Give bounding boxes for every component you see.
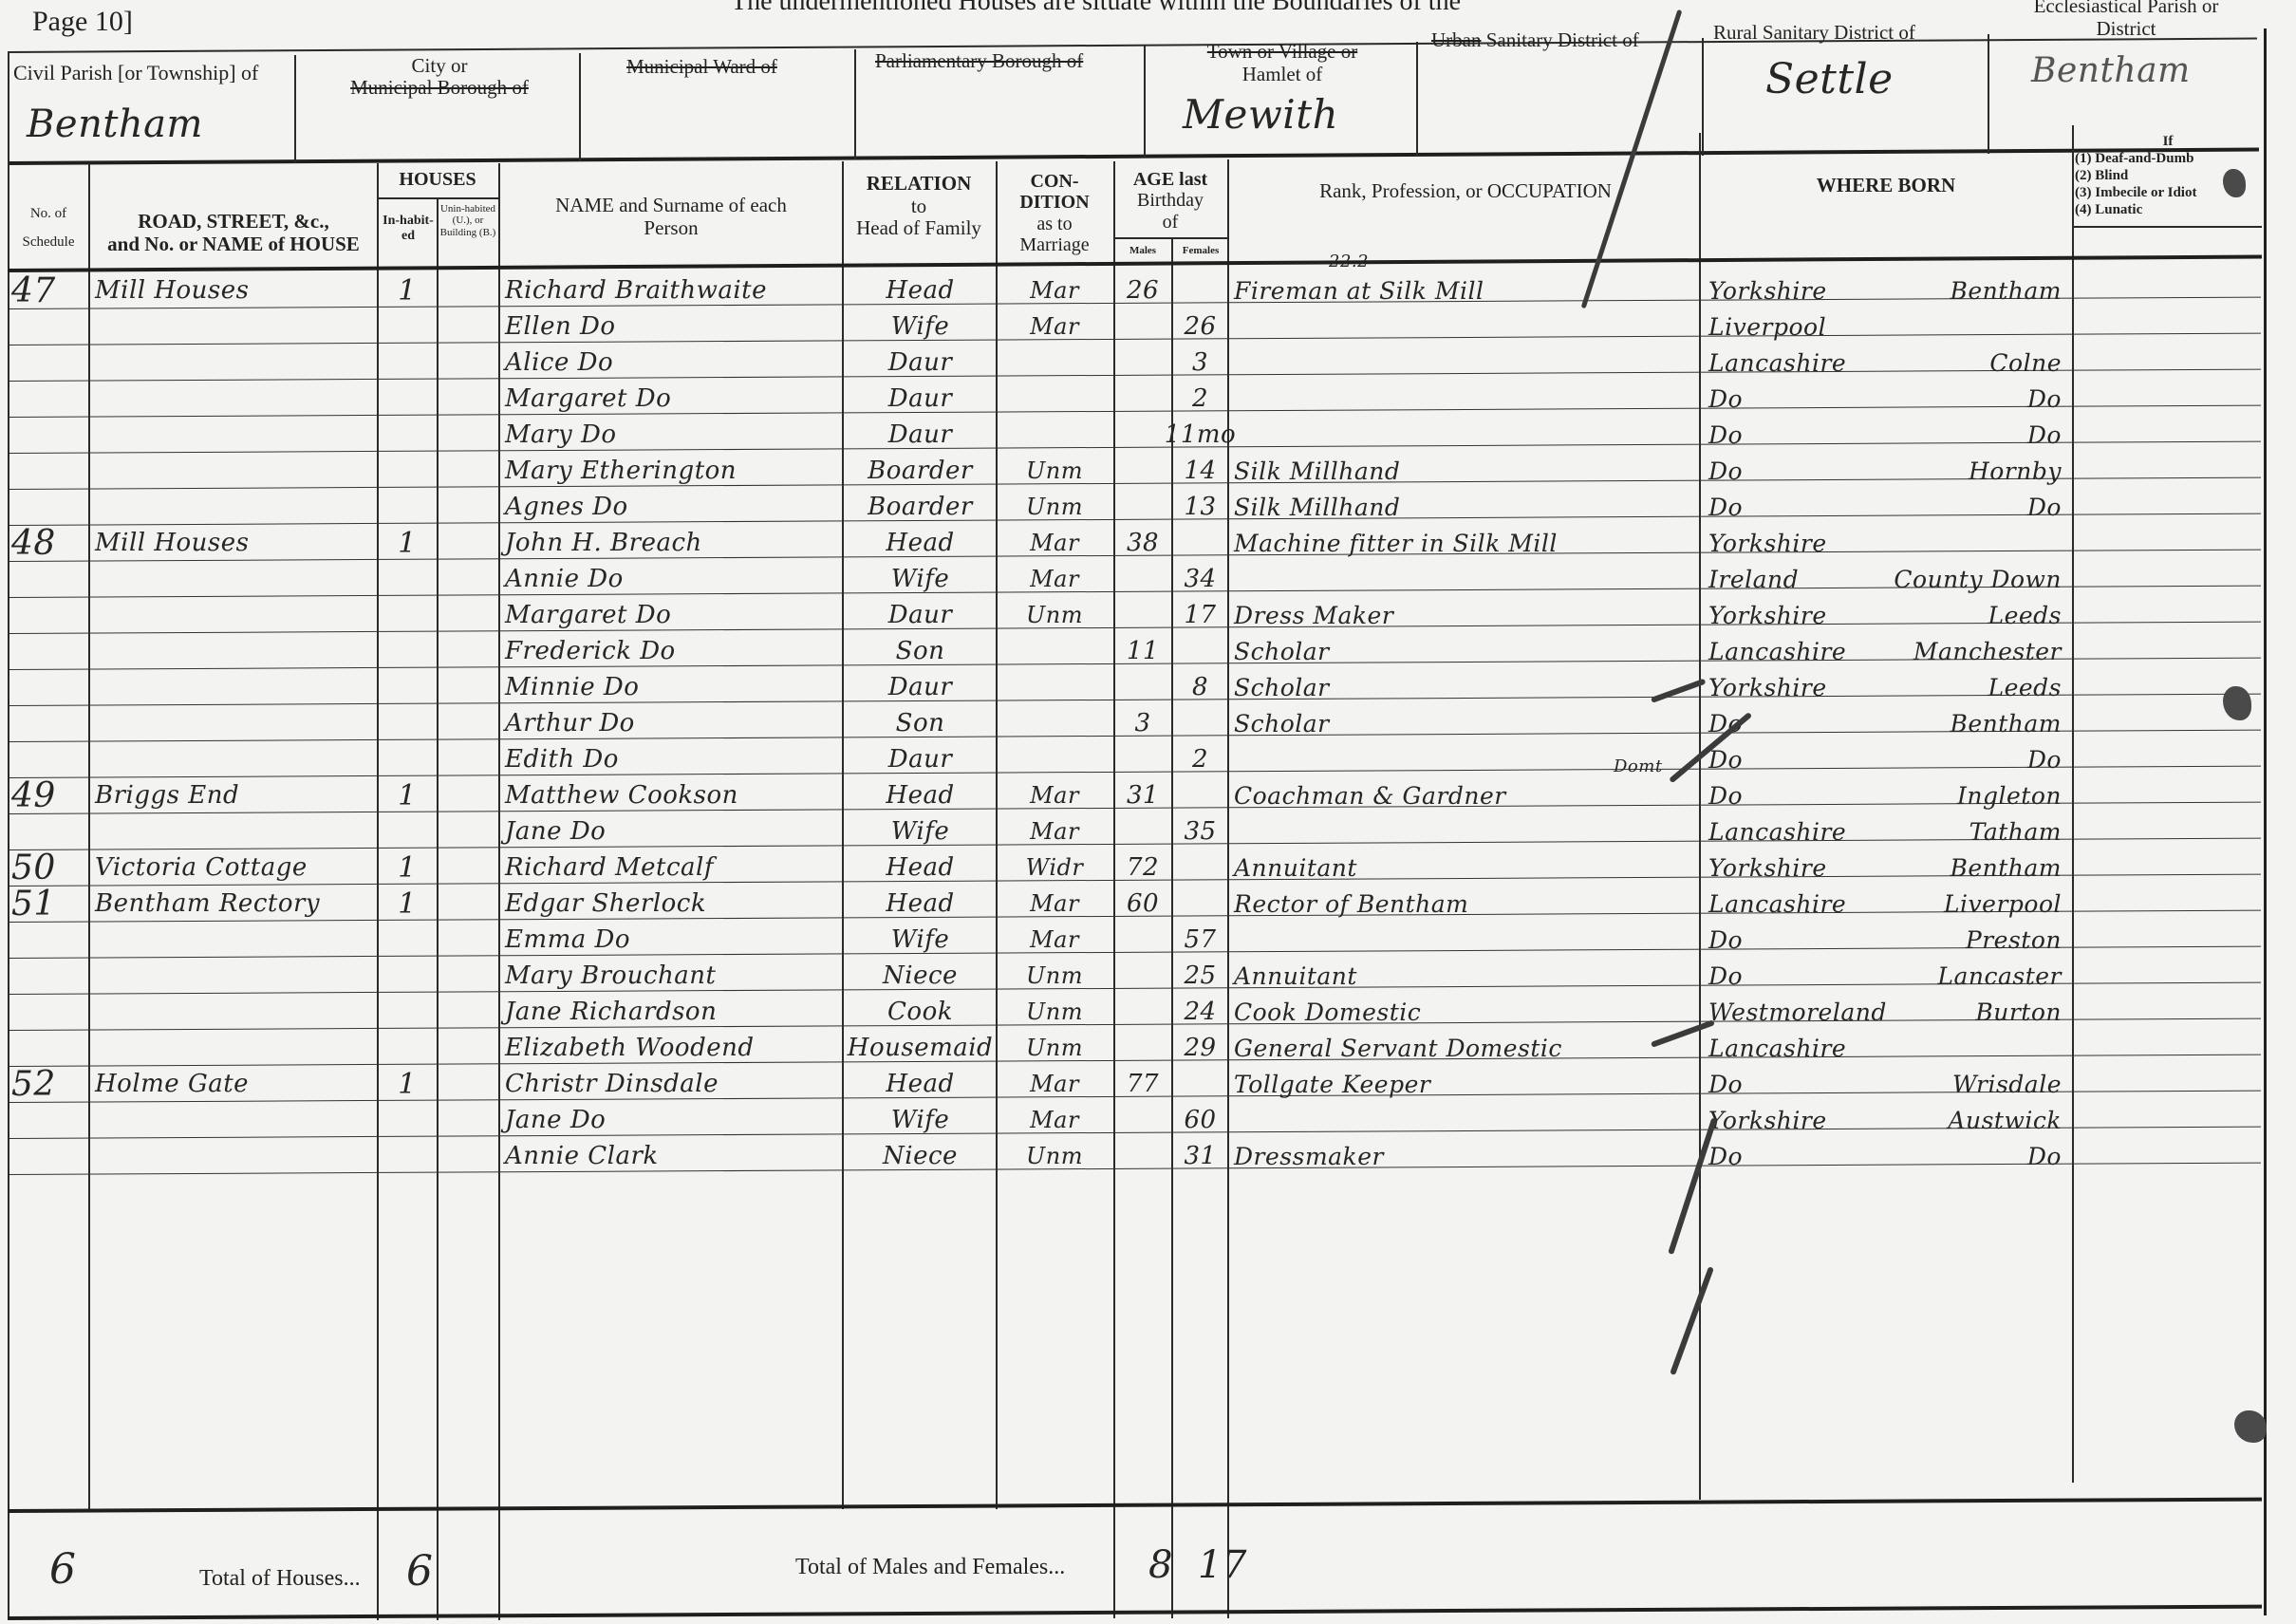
person-name: Minnie Do	[505, 669, 839, 705]
marital-condition: Unm	[999, 597, 1111, 633]
col-relation-line3: Head of Family	[843, 217, 995, 240]
where-born: Lancashire	[1708, 1030, 2069, 1066]
col-road-line2: and No. or NAME of HOUSE	[91, 233, 376, 256]
occupation	[1234, 308, 1697, 345]
where-born: DoDo	[1708, 1138, 2069, 1174]
person-name: Alice Do	[505, 345, 839, 381]
birth-county: Yorkshire	[1708, 277, 1827, 305]
total-males: 8	[1148, 1543, 1173, 1587]
houses-inhabited	[380, 381, 435, 417]
male-age	[1116, 308, 1169, 345]
female-age	[1174, 272, 1226, 308]
tally-stroke	[1670, 1266, 1714, 1375]
col-road: ROAD, STREET, &c., and No. or NAME of HO…	[91, 211, 376, 255]
person-name: Ellen Do	[505, 308, 839, 345]
urban-sanitary-rest: Sanitary District of	[1486, 28, 1639, 51]
houses-inhabited	[380, 958, 435, 994]
marital-condition	[999, 381, 1111, 417]
schedule-number	[11, 705, 87, 741]
col-schedule-line1: No. of	[9, 199, 87, 228]
tally-stroke	[1581, 9, 1683, 308]
col-houses-title: HOUSES	[377, 169, 498, 190]
birth-place: Preston	[1966, 926, 2069, 954]
schedule-number	[11, 597, 87, 633]
female-age: 24	[1174, 994, 1226, 1030]
male-age	[1116, 922, 1169, 958]
relation-to-head: Boarder	[847, 453, 994, 489]
male-age: 38	[1116, 525, 1169, 561]
birth-county: Do	[1708, 746, 1743, 774]
schedule-number	[11, 308, 87, 345]
road-or-house-name	[95, 958, 375, 994]
birth-place: Do	[2027, 746, 2069, 774]
road-or-house-name: Bentham Rectory	[95, 886, 375, 922]
occupation: Annuitant	[1234, 958, 1697, 994]
houses-inhabited: 1	[380, 777, 435, 813]
marital-condition: Unm	[999, 1030, 1111, 1066]
schedule-number	[11, 813, 87, 849]
col-name-line2: Person	[501, 217, 841, 240]
civil-parish-label: Civil Parish [or Township] of	[13, 61, 258, 85]
houses-inhabited	[380, 597, 435, 633]
person-name: Matthew Cookson	[505, 777, 839, 813]
marital-condition: Unm	[999, 1138, 1111, 1174]
female-age: 31	[1174, 1138, 1226, 1174]
schedule-number: 48	[11, 525, 87, 561]
person-name: Frederick Do	[505, 633, 839, 669]
civil-parish-value: Bentham	[27, 103, 203, 146]
relation-to-head: Housemaid	[847, 1030, 994, 1066]
top-caption: The undermentioned Houses are situate wi…	[731, 0, 1461, 17]
schedule-number	[11, 669, 87, 705]
relation-to-head: Daur	[847, 381, 994, 417]
houses-inhabited	[380, 994, 435, 1030]
relation-to-head: Head	[847, 849, 994, 886]
birth-place: Bentham	[1950, 710, 2069, 737]
total-schedules: 6	[49, 1545, 77, 1594]
female-age: 14	[1174, 453, 1226, 489]
col-condition-line4: Marriage	[997, 234, 1112, 255]
marital-condition	[999, 705, 1111, 741]
col-condition-line2: DITION	[997, 192, 1112, 213]
road-or-house-name	[95, 633, 375, 669]
col-males: Males	[1114, 245, 1171, 256]
occupation: Tollgate Keeper	[1234, 1066, 1697, 1102]
houses-inhabited	[380, 1030, 435, 1066]
total-persons-label: Total of Males and Females...	[795, 1555, 1065, 1580]
schedule-number	[11, 561, 87, 597]
houses-inhabited: 1	[380, 525, 435, 561]
female-age: 34	[1174, 561, 1226, 597]
occupation: Annuitant	[1234, 849, 1697, 886]
birth-place: Manchester	[1913, 638, 2069, 665]
marital-condition: Unm	[999, 994, 1111, 1030]
birth-county: Lancashire	[1708, 1035, 1846, 1062]
houses-inhabited	[380, 1102, 435, 1138]
marital-condition	[999, 669, 1111, 705]
male-age	[1116, 1030, 1169, 1066]
occupation	[1234, 345, 1697, 381]
male-age	[1116, 1138, 1169, 1174]
road-or-house-name	[95, 381, 375, 417]
person-name: Richard Metcalf	[505, 849, 839, 886]
schedule-number	[11, 489, 87, 525]
city-borough-label: City or Municipal Borough of	[302, 55, 577, 99]
person-name: Annie Clark	[505, 1138, 839, 1174]
relation-to-head: Boarder	[847, 489, 994, 525]
female-age	[1174, 849, 1226, 886]
ink-blot	[2223, 686, 2251, 720]
marital-condition: Mar	[999, 272, 1111, 308]
col-road-line1: ROAD, STREET, &c.,	[91, 211, 376, 233]
marital-condition: Mar	[999, 525, 1111, 561]
birth-county: Ireland	[1708, 566, 1799, 593]
person-name: Elizabeth Woodend	[505, 1030, 839, 1066]
female-age: 2	[1174, 381, 1226, 417]
relation-to-head: Wife	[847, 922, 994, 958]
birth-place: Wrisdale	[1952, 1071, 2069, 1098]
parliamentary-borough-struck: Parliamentary Borough of	[875, 49, 1083, 72]
female-age	[1174, 705, 1226, 741]
male-age: 11	[1116, 633, 1169, 669]
relation-to-head: Wife	[847, 308, 994, 345]
houses-inhabited	[380, 561, 435, 597]
road-or-house-name	[95, 561, 375, 597]
houses-inhabited: 1	[380, 272, 435, 308]
hamlet-label: Town or Village or Hamlet of	[1148, 40, 1416, 85]
person-name: Margaret Do	[505, 381, 839, 417]
where-born: LancashireLiverpool	[1708, 886, 2069, 922]
schedule-number	[11, 1138, 87, 1174]
birth-county: Do	[1708, 494, 1743, 521]
houses-inhabited	[380, 1138, 435, 1174]
schedule-number: 49	[11, 777, 87, 813]
houses-inhabited	[380, 741, 435, 777]
where-born: Yorkshire	[1708, 525, 2069, 561]
person-name: Emma Do	[505, 922, 839, 958]
col-relation: RELATION to Head of Family	[843, 173, 995, 240]
female-age: 3	[1174, 345, 1226, 381]
road-or-house-name	[95, 1030, 375, 1066]
relation-to-head: Daur	[847, 741, 994, 777]
occupation: Silk Millhand	[1234, 453, 1697, 489]
birth-county: Yorkshire	[1708, 854, 1827, 882]
birth-place: Tatham	[1969, 818, 2069, 846]
occupation: Dressmaker	[1234, 1138, 1697, 1174]
where-born: DoDo	[1708, 741, 2069, 777]
birth-county: Liverpool	[1708, 313, 1826, 341]
person-name: Agnes Do	[505, 489, 839, 525]
person-name: Annie Do	[505, 561, 839, 597]
female-age: 8	[1174, 669, 1226, 705]
male-age	[1116, 741, 1169, 777]
birth-place: Bentham	[1950, 854, 2069, 882]
where-born: YorkshireBentham	[1708, 272, 2069, 308]
female-age	[1174, 1066, 1226, 1102]
district-label: District	[1993, 17, 2259, 40]
col-uninhabited: Unin-habited (U.), or Building (B.)	[439, 203, 496, 238]
relation-to-head: Head	[847, 886, 994, 922]
houses-inhabited	[380, 489, 435, 525]
relation-to-head: Daur	[847, 669, 994, 705]
person-name: Mary Etherington	[505, 453, 839, 489]
where-born: IrelandCounty Down	[1708, 561, 2069, 597]
birth-place: Bentham	[1950, 277, 2069, 305]
male-age: 60	[1116, 886, 1169, 922]
female-age: 13	[1174, 489, 1226, 525]
urban-sanitary-label: Urban Sanitary District of	[1431, 28, 1639, 52]
person-name: Jane Richardson	[505, 994, 839, 1030]
col-where-born: WHERE BORN	[1701, 175, 2071, 197]
person-name: Edgar Sherlock	[505, 886, 839, 922]
schedule-number: 51	[11, 886, 87, 922]
relation-to-head: Head	[847, 1066, 994, 1102]
occupation: Cook Domestic	[1234, 994, 1697, 1030]
parliamentary-borough-label: Parliamentary Borough of	[875, 49, 1083, 73]
occupation: Silk Millhand	[1234, 489, 1697, 525]
ecclesiastical-label: Ecclesiastical Parish or District	[1993, 0, 2259, 40]
female-age	[1174, 886, 1226, 922]
road-or-house-name	[95, 922, 375, 958]
male-age	[1116, 958, 1169, 994]
birth-county: Do	[1708, 926, 1743, 954]
occupation	[1234, 417, 1697, 453]
relation-to-head: Son	[847, 705, 994, 741]
road-or-house-name	[95, 1102, 375, 1138]
birth-county: Do	[1708, 421, 1743, 449]
marital-condition	[999, 741, 1111, 777]
female-age: 26	[1174, 308, 1226, 345]
female-age: 35	[1174, 813, 1226, 849]
marital-condition: Unm	[999, 453, 1111, 489]
col-name: NAME and Surname of each Person	[501, 195, 841, 239]
relation-to-head: Cook	[847, 994, 994, 1030]
occupation: Fireman at Silk Mill	[1234, 272, 1697, 308]
birth-place: Lancaster	[1937, 962, 2069, 990]
road-or-house-name	[95, 813, 375, 849]
marital-condition: Mar	[999, 1102, 1111, 1138]
relation-to-head: Daur	[847, 345, 994, 381]
houses-inhabited	[380, 813, 435, 849]
total-houses: 6	[406, 1547, 434, 1596]
marital-condition	[999, 633, 1111, 669]
where-born: YorkshireBentham	[1708, 849, 2069, 886]
birth-county: Westmoreland	[1708, 999, 1887, 1026]
male-age: 3	[1116, 705, 1169, 741]
road-or-house-name	[95, 308, 375, 345]
birth-county: Yorkshire	[1708, 1107, 1827, 1134]
birth-place: Austwick	[1948, 1107, 2069, 1134]
birth-place: Do	[2027, 385, 2069, 413]
houses-inhabited: 1	[380, 849, 435, 886]
road-or-house-name	[95, 489, 375, 525]
where-born: LancashireTatham	[1708, 813, 2069, 849]
houses-inhabited	[380, 922, 435, 958]
where-born: DoDo	[1708, 417, 2069, 453]
where-born: YorkshireAustwick	[1708, 1102, 2069, 1138]
marital-condition: Widr	[999, 849, 1111, 886]
relation-to-head: Head	[847, 777, 994, 813]
houses-inhabited: 1	[380, 1066, 435, 1102]
col-inhabited: In-habit-ed	[382, 214, 435, 243]
page-number: Page 10]	[32, 6, 133, 38]
occupation	[1234, 922, 1697, 958]
birth-place: Burton	[1975, 999, 2069, 1026]
where-born: YorkshireLeeds	[1708, 669, 2069, 705]
marital-condition: Mar	[999, 1066, 1111, 1102]
relation-to-head: Son	[847, 633, 994, 669]
urban-struck: Urban	[1431, 28, 1481, 51]
schedule-number	[11, 922, 87, 958]
where-born: LancashireColne	[1708, 345, 2069, 381]
rural-sanitary-value: Settle	[1765, 55, 1894, 103]
birth-county: Do	[1708, 385, 1743, 413]
person-name: Mary Do	[505, 417, 839, 453]
col-condition: CON- DITION as to Marriage	[997, 171, 1112, 256]
person-name: John H. Breach	[505, 525, 839, 561]
col-occupation: Rank, Profession, or OCCUPATION	[1234, 180, 1697, 203]
where-born: DoPreston	[1708, 922, 2069, 958]
male-age	[1116, 381, 1169, 417]
birth-place: Colne	[1989, 349, 2069, 377]
houses-inhabited: 1	[380, 886, 435, 922]
male-age	[1116, 994, 1169, 1030]
female-age	[1174, 633, 1226, 669]
occupation: Machine fitter in Silk Mill	[1234, 525, 1697, 561]
male-age	[1116, 417, 1169, 453]
occupation: Rector of Bentham	[1234, 886, 1697, 922]
occupation: Dress Maker	[1234, 597, 1697, 633]
birth-place: Leeds	[1988, 674, 2069, 701]
occupation	[1234, 381, 1697, 417]
ink-blot	[2223, 169, 2246, 197]
houses-inhabited	[380, 669, 435, 705]
male-age	[1116, 453, 1169, 489]
total-houses-label: Total of Houses...	[199, 1566, 361, 1592]
birth-place: Liverpool	[1944, 890, 2069, 918]
relation-to-head: Wife	[847, 561, 994, 597]
birth-county: Yorkshire	[1708, 530, 1827, 557]
road-or-house-name: Briggs End	[95, 777, 375, 813]
municipal-borough-label: Municipal Borough of	[302, 77, 577, 99]
ecclesiastical-value: Bentham	[2031, 51, 2191, 90]
occupation: Scholar	[1234, 705, 1697, 741]
col-age-line2: Birthday	[1114, 190, 1226, 211]
road-or-house-name: Mill Houses	[95, 272, 375, 308]
road-or-house-name	[95, 741, 375, 777]
birth-county: Do	[1708, 1071, 1743, 1098]
occupation-annotation: Domt	[1614, 756, 1663, 776]
marital-condition: Unm	[999, 958, 1111, 994]
birth-place: Do	[2027, 421, 2069, 449]
female-age: 17	[1174, 597, 1226, 633]
road-or-house-name	[95, 1138, 375, 1174]
birth-county: Do	[1708, 962, 1743, 990]
schedule-number	[11, 633, 87, 669]
road-or-house-name	[95, 453, 375, 489]
road-or-house-name: Victoria Cottage	[95, 849, 375, 886]
road-or-house-name	[95, 597, 375, 633]
person-name: Margaret Do	[505, 597, 839, 633]
where-born: DoDo	[1708, 489, 2069, 525]
occupation	[1234, 1102, 1697, 1138]
occupation: Scholar	[1234, 633, 1697, 669]
schedule-number	[11, 345, 87, 381]
ink-blot	[2234, 1410, 2267, 1443]
relation-to-head: Daur	[847, 597, 994, 633]
where-born: DoHornby	[1708, 453, 2069, 489]
male-age	[1116, 1102, 1169, 1138]
occupation	[1234, 561, 1697, 597]
female-age: 25	[1174, 958, 1226, 994]
schedule-number: 47	[11, 272, 87, 308]
person-name: Arthur Do	[505, 705, 839, 741]
occupation	[1234, 813, 1697, 849]
male-age: 77	[1116, 1066, 1169, 1102]
male-age: 31	[1116, 777, 1169, 813]
female-age	[1174, 777, 1226, 813]
col-infirmity-4: (4) Lunatic	[2075, 201, 2261, 218]
where-born: DoBentham	[1708, 705, 2069, 741]
male-age: 72	[1116, 849, 1169, 886]
houses-inhabited	[380, 345, 435, 381]
houses-inhabited	[380, 308, 435, 345]
schedule-number	[11, 741, 87, 777]
person-name: Christr Dinsdale	[505, 1066, 839, 1102]
male-age	[1116, 669, 1169, 705]
birth-place: County Down	[1894, 566, 2069, 593]
birth-place: Do	[2027, 1143, 2069, 1170]
schedule-number	[11, 994, 87, 1030]
ecclesiastical-parish-label: Ecclesiastical Parish or	[1993, 0, 2259, 17]
col-infirmity-1: (1) Deaf-and-Dumb	[2075, 150, 2261, 167]
road-or-house-name	[95, 669, 375, 705]
col-schedule-line2: Schedule	[9, 228, 87, 256]
municipal-ward-label: Municipal Ward of	[626, 55, 777, 79]
col-relation-line1: RELATION	[843, 173, 995, 196]
col-infirmity-if: If	[2075, 133, 2261, 150]
male-age	[1116, 813, 1169, 849]
where-born: WestmorelandBurton	[1708, 994, 2069, 1030]
birth-place: Ingleton	[1957, 782, 2069, 810]
houses-inhabited	[380, 453, 435, 489]
col-age-line1: AGE last	[1114, 169, 1226, 190]
where-born: DoDo	[1708, 381, 2069, 417]
col-females: Females	[1173, 245, 1228, 256]
marital-condition	[999, 417, 1111, 453]
relation-to-head: Niece	[847, 1138, 994, 1174]
birth-county: Yorkshire	[1708, 674, 1827, 701]
where-born: DoIngleton	[1708, 777, 2069, 813]
hamlet-value: Mewith	[1183, 91, 1338, 138]
birth-county: Do	[1708, 782, 1743, 810]
city-label: City or	[302, 55, 577, 77]
col-relation-line2: to	[843, 196, 995, 218]
road-or-house-name: Holme Gate	[95, 1066, 375, 1102]
relation-to-head: Wife	[847, 1102, 994, 1138]
female-age: 60	[1174, 1102, 1226, 1138]
person-name: Mary Brouchant	[505, 958, 839, 994]
marital-condition: Mar	[999, 886, 1111, 922]
marital-condition: Mar	[999, 308, 1111, 345]
col-age-line3: of	[1114, 212, 1226, 233]
birth-county: Do	[1708, 457, 1743, 485]
road-or-house-name	[95, 994, 375, 1030]
relation-to-head: Niece	[847, 958, 994, 994]
relation-to-head: Head	[847, 272, 994, 308]
town-village-struck: Town or Village or	[1148, 40, 1416, 63]
person-name: Edith Do	[505, 741, 839, 777]
